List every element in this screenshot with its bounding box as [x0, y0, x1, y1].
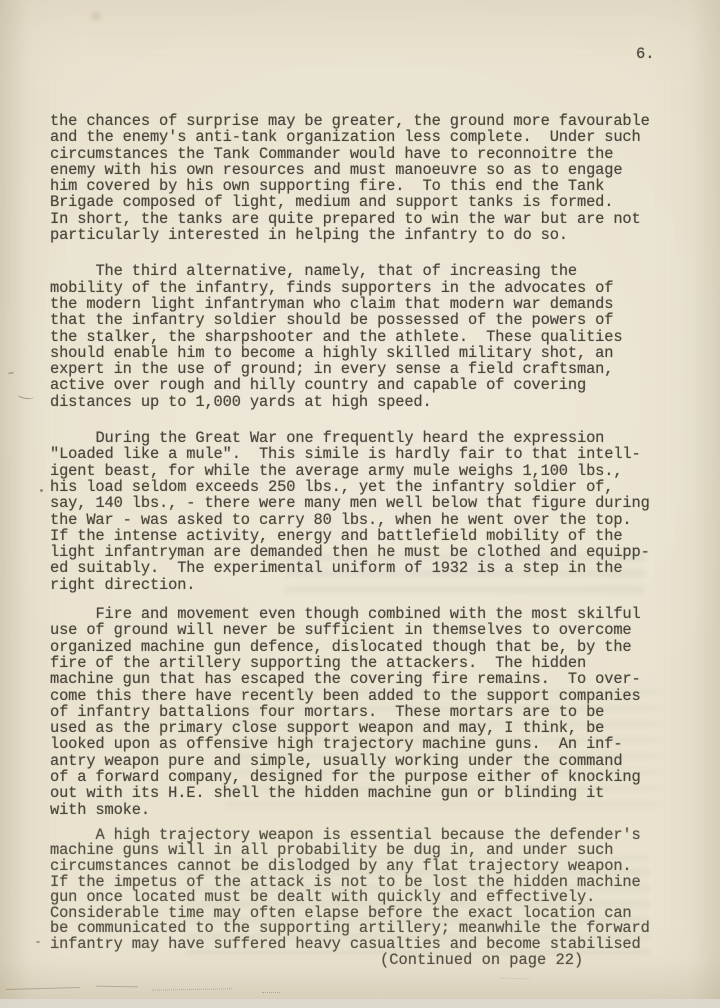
scuff-mark: [262, 992, 280, 993]
ink-speck: [8, 372, 14, 375]
scan-edge: [0, 999, 720, 1008]
scuff-mark: [6, 987, 80, 990]
scuff-mark: [96, 986, 138, 988]
ink-speck: [36, 941, 40, 943]
paragraph-2: The third alternative, namely, that of i…: [50, 263, 682, 410]
document-page: 6. the chances of surprise may be greate…: [0, 0, 720, 1008]
paragraph-5: A high trajectory weapon is essential be…: [50, 828, 682, 953]
paragraph-3: During the Great War one frequently hear…: [50, 430, 682, 593]
margin-pencil-mark: [17, 390, 34, 400]
scuff-mark: [500, 977, 530, 979]
scuff-mark: [152, 988, 232, 990]
document-body: the chances of surprise may be greater, …: [50, 113, 682, 968]
page-number: 6.: [636, 46, 654, 62]
continued-note: (Continued on page 22): [50, 953, 682, 969]
paragraph-1: the chances of surprise may be greater, …: [50, 113, 682, 243]
paragraph-4: Fire and movement even though combined w…: [50, 606, 682, 818]
paper-stain: [88, 10, 104, 22]
ink-speck: [40, 489, 43, 492]
